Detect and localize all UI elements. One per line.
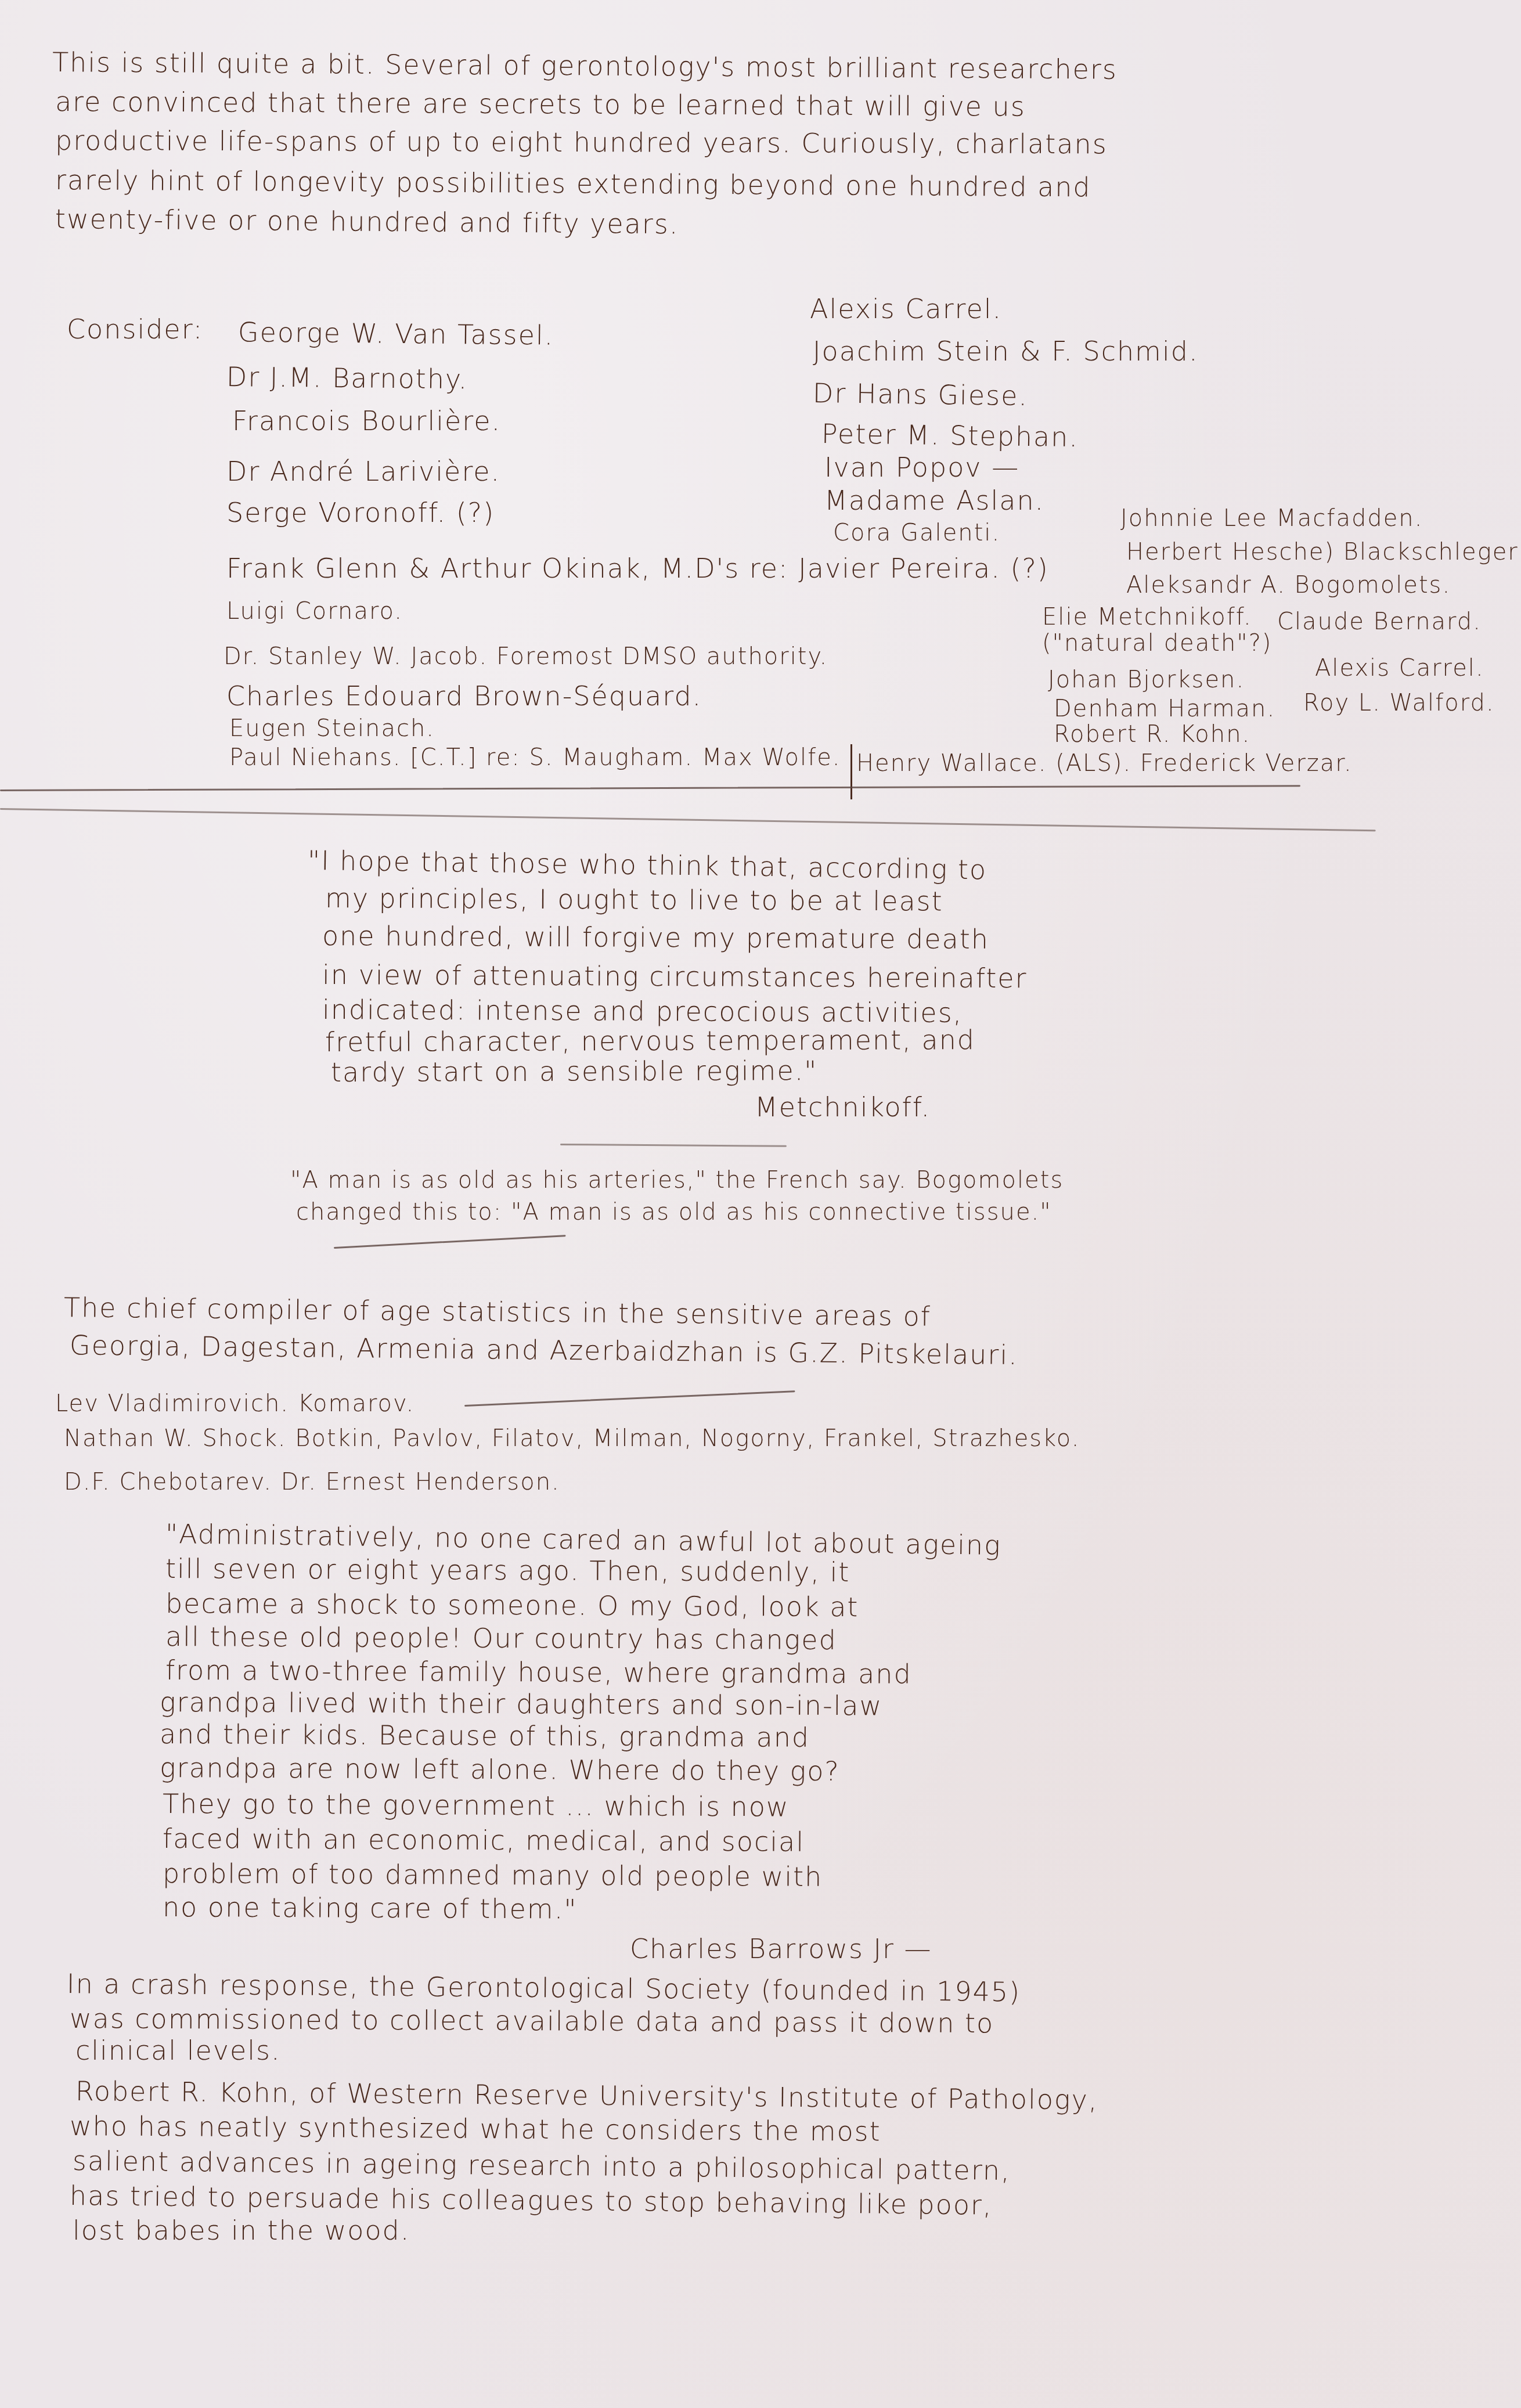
quote-line: changed this to: "A man is as old as his…	[296, 1199, 1052, 1225]
name-entry: Herbert Hesche) Blackschleger	[1126, 539, 1519, 565]
name-entry: Dr Hans Giese.	[813, 377, 1029, 412]
name-entry: Henry Wallace. (ALS). Frederick Verzar.	[856, 750, 1353, 777]
name-entry: Frank Glenn & Arthur Okinak, M.D's re: J…	[226, 553, 1049, 584]
quote-line: grandpa lived with their daughters and s…	[160, 1686, 883, 1722]
quote-attribution: Metchnikoff.	[755, 1091, 931, 1123]
quote-line: tardy start on a sensible regime."	[331, 1055, 818, 1088]
quote-line: problem of too damned many old people wi…	[163, 1858, 823, 1892]
quote-line: They go to the government ... which is n…	[163, 1788, 790, 1823]
intro-line: This is still quite a bit. Several of ge…	[52, 46, 1118, 85]
section-divider	[0, 808, 1376, 831]
name-entry: Alexis Carrel.	[1315, 655, 1484, 682]
paragraph-line: was commissioned to collect available da…	[70, 2003, 994, 2039]
name-entry: Peter M. Stephan.	[821, 418, 1079, 453]
name-line: Nathan W. Shock. Botkin, Pavlov, Filatov…	[64, 1425, 1080, 1452]
quote-line: "A man is as old as his arteries," the F…	[290, 1167, 1064, 1194]
name-entry: Joachim Stein & F. Schmid.	[813, 336, 1199, 367]
name-line: Lev Vladimirovich. Komarov.	[55, 1390, 415, 1417]
quote-line: in view of attenuating circumstances her…	[322, 959, 1028, 994]
paragraph-line: lost babes in the wood.	[73, 2215, 410, 2246]
intro-line: productive life-spans of up to eight hun…	[55, 125, 1108, 160]
strike-stroke	[464, 1390, 795, 1407]
name-entry: Dr. Stanley W. Jacob. Foremost DMSO auth…	[224, 643, 828, 670]
name-entry: Claude Bernard.	[1277, 608, 1482, 635]
name-entry: Denham Harman.	[1054, 695, 1275, 722]
name-entry: ("natural death"?)	[1042, 630, 1272, 657]
name-entry: Francois Bourlière.	[232, 405, 501, 437]
name-entry: Johnnie Lee Macfadden.	[1120, 505, 1423, 532]
quote-line: and their kids. Because of this, grandma…	[160, 1718, 810, 1753]
name-entry: George W. Van Tassel.	[238, 316, 554, 351]
name-entry: Luigi Cornaro.	[226, 598, 403, 625]
paragraph-line: Robert R. Kohn, of Western Reserve Unive…	[75, 2075, 1098, 2115]
quote-attribution: Charles Barrows Jr —	[630, 1933, 932, 1964]
name-entry: Elie Metchnikoff.	[1042, 604, 1252, 630]
section-divider	[334, 1235, 566, 1249]
quote-line: no one taking care of them."	[163, 1891, 578, 1925]
manuscript-page: This is still quite a bit. Several of ge…	[0, 0, 1521, 2408]
paragraph-line: Georgia, Dagestan, Armenia and Azerbaidz…	[70, 1329, 1018, 1371]
intro-line: twenty-five or one hundred and fifty yea…	[55, 203, 679, 240]
intro-line: are convinced that there are secrets to …	[55, 86, 1026, 122]
quote-line: from a two-three family house, where gra…	[165, 1654, 912, 1690]
quote-line: became a shock to someone. O my God, loo…	[165, 1588, 859, 1623]
name-entry: Aleksandr A. Bogomolets.	[1126, 572, 1451, 599]
name-entry: Ivan Popov —	[824, 452, 1019, 483]
intro-line: rarely hint of longevity possibilities e…	[55, 164, 1091, 203]
quote-line: faced with an economic, medical, and soc…	[163, 1823, 805, 1858]
paragraph-line: The chief compiler of age statistics in …	[64, 1292, 931, 1332]
quote-line: one hundred, will forgive my premature d…	[322, 920, 989, 955]
paragraph-line: salient advances in ageing research into…	[73, 2145, 1011, 2186]
quote-line: indicated: intense and precocious activi…	[322, 994, 963, 1029]
name-entry: Paul Niehans. [C.T.] re: S. Maugham. Max…	[229, 744, 841, 771]
name-entry: Dr André Larivière.	[226, 456, 500, 487]
name-entry: Robert R. Kohn.	[1054, 721, 1250, 748]
quote-line: "I hope that those who think that, accor…	[308, 845, 987, 885]
name-entry: Serge Voronoff. (?)	[226, 497, 495, 528]
section-divider	[560, 1144, 787, 1147]
quote-line: till seven or eight years ago. Then, sud…	[165, 1553, 850, 1588]
quote-line: grandpa are now left alone. Where do the…	[160, 1752, 840, 1787]
name-entry: Alexis Carrel.	[810, 293, 1002, 325]
name-entry: Charles Edouard Brown-Séquard.	[226, 680, 702, 712]
divider-stroke	[850, 744, 852, 799]
section-divider	[0, 785, 1300, 791]
name-entry: Madame Aslan.	[824, 485, 1044, 516]
name-entry: Roy L. Walford.	[1303, 690, 1495, 716]
name-entry: Cora Galenti.	[833, 520, 1000, 546]
consider-label: Consider:	[67, 313, 203, 345]
paragraph-line: clinical levels.	[75, 2035, 281, 2066]
name-line: D.F. Chebotarev. Dr. Ernest Henderson.	[64, 1469, 560, 1495]
quote-line: all these old people! Our country has ch…	[165, 1621, 837, 1656]
name-entry: Eugen Steinach.	[229, 715, 435, 742]
paragraph-line: In a crash response, the Gerontological …	[67, 1968, 1021, 2007]
quote-line: fretful character, nervous temperament, …	[325, 1024, 975, 1058]
quote-line: my principles, I ought to live to be at …	[325, 882, 943, 917]
paragraph-line: who has neatly synthesized what he consi…	[70, 2110, 881, 2147]
name-entry: Johan Bjorksen.	[1048, 666, 1245, 693]
name-entry: Dr J.M. Barnothy.	[226, 361, 468, 395]
